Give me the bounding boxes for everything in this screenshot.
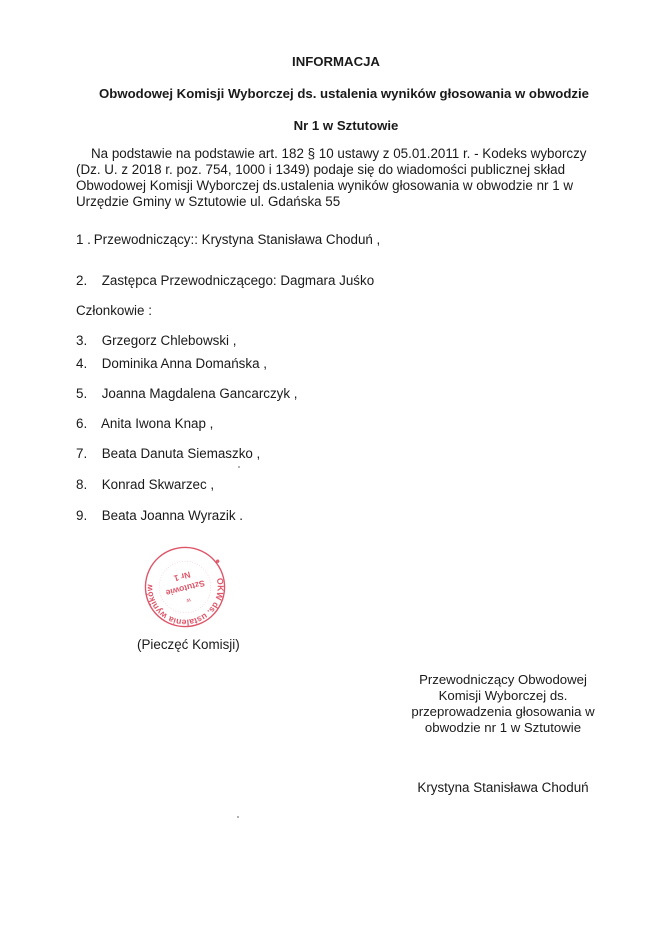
member-entry: 5. Joanna Magdalena Gancarczyk , [76,386,298,401]
member-entry: 9. Beata Joanna Wyrazik . [76,508,243,523]
member-entry: 3. Grzegorz Chlebowski , [76,333,236,348]
entry-number: 4. [76,356,98,371]
member-entry: 4. Dominika Anna Domańska , [76,356,267,371]
chair-entry: 1 . Przewodniczący:: Krystyna Stanisława… [76,232,380,247]
intro-line: (Dz. U. z 2018 r. poz. 754, 1000 i 1349)… [76,162,616,178]
entry-text: Beata Danuta Siemaszko , [102,446,261,461]
entry-text: Grzegorz Chlebowski , [102,333,237,348]
entry-number: 5. [76,386,98,401]
signature-title-line: Przewodniczący Obwodowej [398,672,608,688]
entry-text: Zastępca Przewodniczącego: Dagmara Juśko [102,273,374,288]
entry-text: Beata Joanna Wyrazik . [102,508,243,523]
intro-paragraph: Na podstawie na podstawie art. 182 § 10 … [76,146,616,210]
entry-text: Anita Iwona Knap , [101,416,213,431]
deputy-entry: 2. Zastępca Przewodniczącego: Dagmara Ju… [76,273,374,288]
document-subtitle: Obwodowej Komisji Wyborczej ds. ustaleni… [8,86,672,101]
entry-text: Konrad Skwarzec , [102,477,214,492]
entry-number: 3. [76,333,98,348]
scan-speck [237,816,239,818]
entry-text: Przewodniczący:: Krystyna Stanisława Cho… [94,232,381,247]
signature-title-line: obwodzie nr 1 w Sztutowie [398,720,608,736]
signature-block: Przewodniczący Obwodowej Komisji Wyborcz… [398,672,608,736]
intro-line: Urzędzie Gminy w Sztutowie ul. Gdańska 5… [76,194,616,210]
stamp-inner-text: w [185,596,192,603]
member-entry: 8. Konrad Skwarzec , [76,477,214,492]
stamp-inner-text: Nr 1 [173,570,192,584]
entry-text: Dominika Anna Domańska , [102,356,267,371]
signature-title-line: Komisji Wyborczej ds. [398,688,608,704]
signature-name: Krystyna Stanisława Choduń [398,780,608,795]
intro-line: Obwodowej Komisji Wyborczej ds.ustalenia… [76,178,616,194]
intro-line: Na podstawie na podstawie art. 182 § 10 … [76,146,616,162]
entry-number: 8. [76,477,98,492]
entry-number: 1 . [76,232,90,247]
entry-number: 7. [76,446,98,461]
members-label: Członkowie : [76,303,152,318]
seal-caption: (Pieczęć Komisji) [137,637,240,652]
member-entry: 6. Anita Iwona Knap , [76,416,213,431]
entry-number: 6. [76,416,98,431]
district-heading: Nr 1 w Sztutowie [10,118,672,133]
entry-number: 9. [76,508,98,523]
entry-number: 2. [76,273,98,288]
scan-speck [238,466,240,468]
entry-text: Joanna Magdalena Gancarczyk , [102,386,298,401]
member-entry: 7. Beata Danuta Siemaszko , [76,446,260,461]
signature-title-line: przeprowadzenia głosowania w [398,704,608,720]
document-title: INFORMACJA [0,54,672,69]
commission-stamp-icon: OKW ds. ustalenia wyników w Sztutowie Nr… [142,544,228,630]
